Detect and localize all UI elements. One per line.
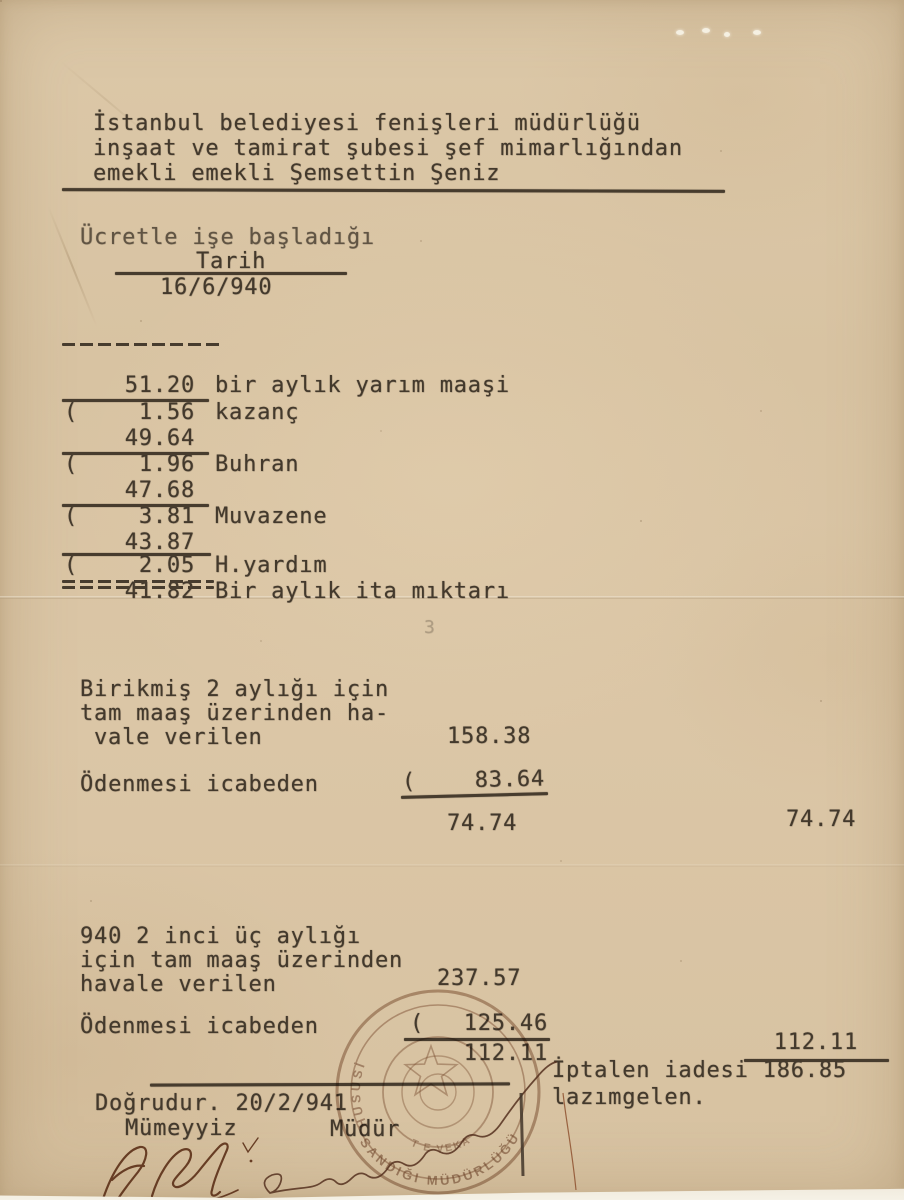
signature-mumeyyiz bbox=[103, 1138, 258, 1200]
header-line-1: İstanbul belediyesi fenişleri müdürlüğü bbox=[93, 112, 641, 136]
amount: 41.82 bbox=[82, 580, 195, 604]
scanned-document-page: İstanbul belediyesi fenişleri müdürlüğü … bbox=[0, 0, 904, 1200]
subtraction-line bbox=[62, 399, 209, 402]
accrued-line-2: tam maaş üzerinden ha- bbox=[80, 702, 389, 726]
paren: ( bbox=[402, 770, 417, 794]
total-double-underline bbox=[62, 586, 214, 589]
staple-hole bbox=[753, 30, 761, 35]
pen-thin-line bbox=[563, 1093, 576, 1190]
quarter-line-2: için tam maaş üzerinden bbox=[80, 949, 403, 973]
deduction-row: (2.05H.yardım bbox=[62, 530, 662, 554]
deduction-overline bbox=[62, 343, 220, 346]
quarter-line-3: havale verilen bbox=[80, 973, 277, 997]
total-double-underline bbox=[62, 580, 214, 583]
deduction-row: (1.96Buhran bbox=[62, 429, 662, 453]
paper-speckle-noise bbox=[0, 0, 2, 2]
header-line-3: emekli emekli Şemsettin Şeniz bbox=[93, 162, 500, 186]
staple-hole bbox=[702, 28, 710, 33]
pen-vertical-mark bbox=[521, 1093, 523, 1176]
label: Bir aylık ita mıktarı bbox=[215, 580, 510, 604]
employment-date-label: Tarih bbox=[196, 250, 266, 274]
staple-hole bbox=[676, 30, 684, 35]
accrued-due-amount: (83.64 bbox=[402, 768, 545, 795]
accrued-balance: 74.74 bbox=[447, 812, 517, 836]
accrued-balance-right: 74.74 bbox=[786, 808, 856, 832]
amount: 83.64 bbox=[416, 768, 545, 795]
corner-crease bbox=[47, 206, 98, 327]
staple-hole bbox=[724, 32, 730, 37]
deduction-row: 43.87 bbox=[62, 507, 662, 531]
employment-date: 16/6/940 bbox=[160, 276, 272, 300]
accrued-transferred-amount: 158.38 bbox=[447, 725, 531, 749]
signature-mudur bbox=[264, 1062, 556, 1193]
quarter-line-1: 940 2 inci üç aylığı bbox=[80, 925, 361, 949]
margin-note: 3 bbox=[424, 616, 436, 640]
fold-crease-faint bbox=[0, 864, 904, 867]
accrued-due-label: Ödenmesi icabeden bbox=[80, 773, 319, 797]
header-line-2: inşaat ve tamirat şubesi şef mimarlığınd… bbox=[93, 137, 683, 161]
deduction-row: 51.20bir aylık yarım maaşi bbox=[62, 350, 662, 374]
deduction-row: 49.64 bbox=[62, 403, 662, 427]
accrued-line-3: vale verilen bbox=[94, 726, 263, 750]
deduction-row: 47.68 bbox=[62, 455, 662, 479]
deduction-row: 41.82Bir aylık ita mıktarı bbox=[62, 556, 662, 580]
deduction-row: (1.56kazanç bbox=[62, 377, 662, 401]
employment-intro: Ücretle işe başladığı bbox=[80, 226, 375, 250]
header-underline bbox=[62, 188, 725, 193]
handwritten-marks-layer bbox=[0, 1000, 904, 1200]
accrued-line-1: Birikmiş 2 aylığı için bbox=[80, 678, 389, 702]
deduction-row: (3.81Muvazene bbox=[62, 481, 662, 505]
